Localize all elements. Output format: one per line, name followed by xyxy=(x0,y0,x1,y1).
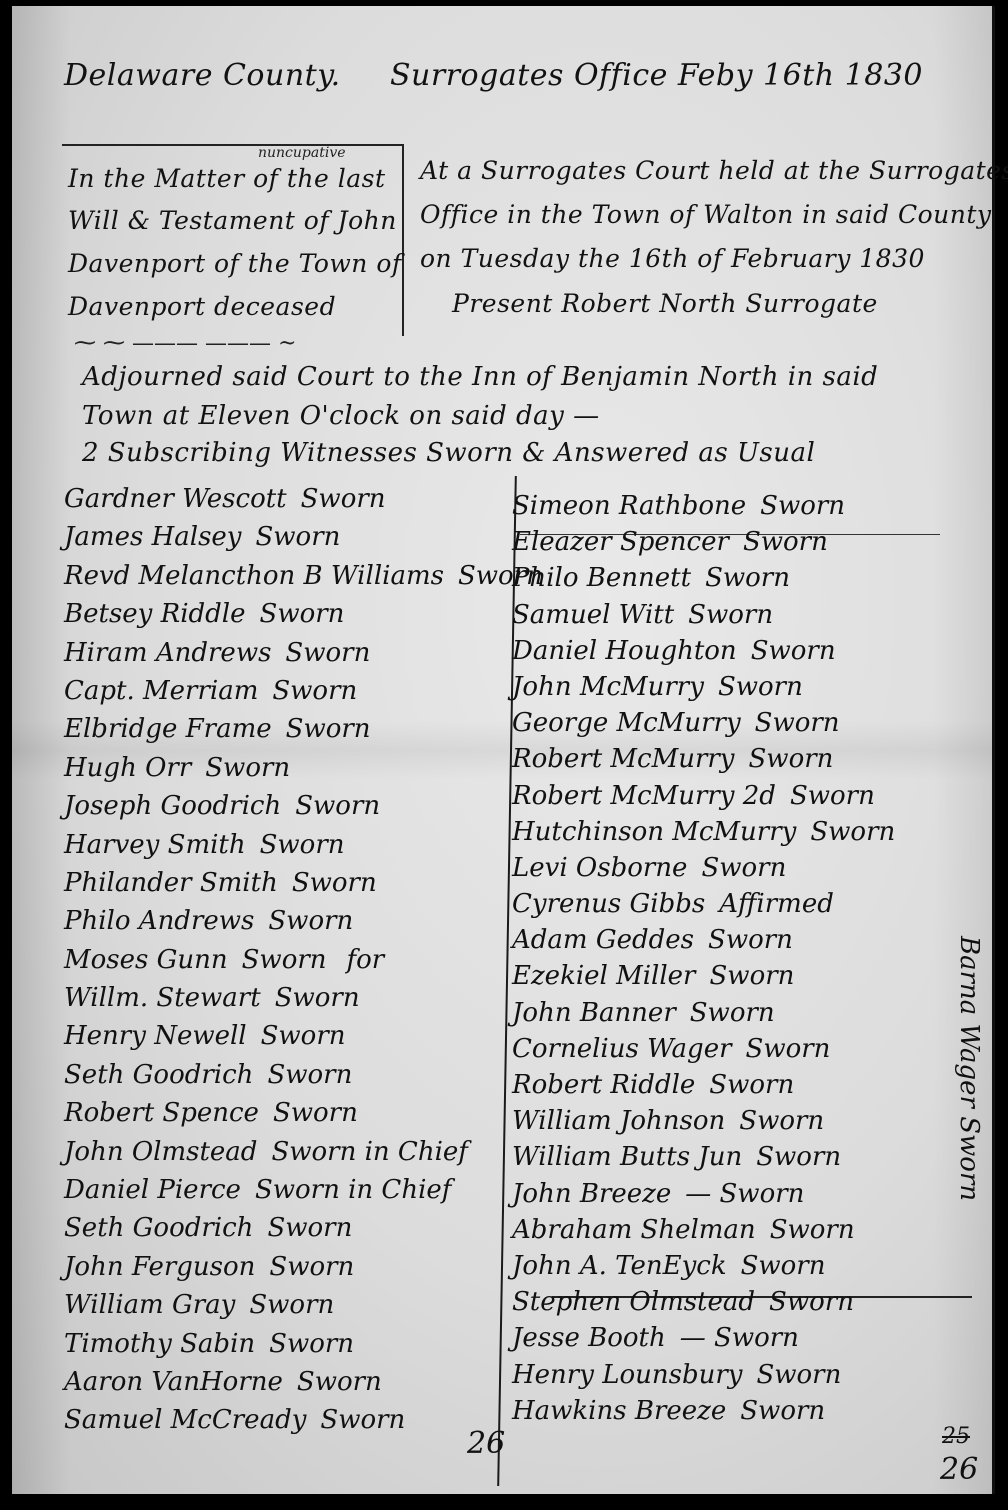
court-line: Present Robert North Surrogate xyxy=(452,289,878,318)
witness-entry: John McMurrySworn xyxy=(512,672,942,708)
witness-entry: James HalseySworn xyxy=(64,522,504,560)
witness-status: Sworn xyxy=(269,1252,354,1282)
witness-status: Sworn xyxy=(269,1329,354,1359)
witness-status: Sworn xyxy=(688,600,773,630)
witness-name: Henry Lounsbury xyxy=(512,1360,742,1390)
witness-entry: Capt. MerriamSworn xyxy=(64,676,504,714)
witness-name: William Johnson xyxy=(512,1106,725,1136)
witness-status: Sworn xyxy=(267,1213,352,1243)
witness-status: Sworn xyxy=(709,1070,794,1100)
witness-entry: Philo AndrewsSworn xyxy=(64,906,504,944)
witness-name: Adam Geddes xyxy=(512,925,694,955)
witness-name: Robert McMurry 2d xyxy=(512,781,776,811)
witness-name: Timothy Sabin xyxy=(64,1329,255,1359)
witness-name: Henry Newell xyxy=(64,1021,247,1051)
witness-name: Levi Osborne xyxy=(512,853,687,883)
witness-status: Sworn xyxy=(770,1215,855,1245)
witness-entry: Betsey RiddleSworn xyxy=(64,599,504,637)
witness-status: — Sworn xyxy=(680,1323,799,1353)
witness-status: Sworn xyxy=(751,636,836,666)
witness-name: John A. TenEyck xyxy=(512,1251,727,1281)
witness-name: Abraham Shelman xyxy=(512,1215,756,1245)
witness-entry: Philander SmithSworn xyxy=(64,868,504,906)
witness-entry: Simeon RathboneSworn xyxy=(512,491,942,527)
witness-name: Hutchinson McMurry xyxy=(512,817,796,847)
witness-name: Daniel Pierce xyxy=(64,1175,241,1205)
witness-name: Philo Bennett xyxy=(512,563,691,593)
witness-name: John Ferguson xyxy=(64,1252,255,1282)
witness-entry: Abraham ShelmanSworn xyxy=(512,1215,942,1251)
witness-status: Sworn xyxy=(285,638,370,668)
witness-status: Sworn xyxy=(275,983,360,1013)
witness-name: Jesse Booth xyxy=(512,1323,666,1353)
witness-status: Sworn xyxy=(746,1034,831,1064)
witness-name: Betsey Riddle xyxy=(64,599,246,629)
witness-status: Sworn xyxy=(260,830,345,860)
witness-name: Aaron VanHorne xyxy=(64,1367,283,1397)
witness-list-right: Simeon RathboneSworn Eleazer SpencerSwor… xyxy=(512,491,942,1432)
witness-name: John McMurry xyxy=(512,672,704,702)
witness-entry: Moses GunnSwornfor xyxy=(64,945,504,983)
witness-entry: Daniel HoughtonSworn xyxy=(512,636,942,672)
witness-status: Sworn xyxy=(755,708,840,738)
witness-entry: John OlmsteadSworn in Chief xyxy=(64,1137,504,1175)
manuscript-page: Delaware County. Surrogates Office Feby … xyxy=(12,6,995,1494)
witness-status: Affirmed xyxy=(719,889,834,919)
witness-status: Sworn xyxy=(286,714,371,744)
court-line: At a Surrogates Court held at the Surrog… xyxy=(420,156,1008,185)
witness-status: Sworn xyxy=(295,791,380,821)
witness-name: Philo Andrews xyxy=(64,906,254,936)
witness-entry: Robert McMurry 2dSworn xyxy=(512,781,942,817)
witness-entry: John Breeze— Sworn xyxy=(512,1179,942,1215)
witness-entry: Willm. StewartSworn xyxy=(64,983,504,1021)
witness-status: — Sworn xyxy=(685,1179,804,1209)
witness-name: Stephen Olmstead xyxy=(512,1287,755,1317)
witness-name: Robert McMurry xyxy=(512,744,735,774)
witness-name: Ezekiel Miller xyxy=(512,961,696,991)
witness-entry: Hiram AndrewsSworn xyxy=(64,638,504,676)
witness-name: Daniel Houghton xyxy=(512,636,737,666)
witness-entry: Robert SpenceSworn xyxy=(64,1098,504,1136)
witness-list-left: Gardner WescottSworn James HalseySworn R… xyxy=(64,484,504,1444)
witness-entry: John A. TenEyckSworn xyxy=(512,1251,942,1287)
witness-entry: William Butts JunSworn xyxy=(512,1142,942,1178)
proceedings-line: Town at Eleven O'clock on said day — xyxy=(82,401,600,431)
witness-entry: Adam GeddesSworn xyxy=(512,925,942,961)
witness-entry: Harvey SmithSworn xyxy=(64,830,504,868)
witness-status: Sworn xyxy=(690,998,775,1028)
witness-name: George McMurry xyxy=(512,708,741,738)
witness-entry: Levi OsborneSworn xyxy=(512,853,942,889)
county-heading: Delaware County. xyxy=(64,58,341,93)
witness-entry: Seth GoodrichSworn xyxy=(64,1213,504,1251)
office-date-heading: Surrogates Office Feby 16th 1830 xyxy=(390,58,923,93)
witness-status: Sworn xyxy=(705,563,790,593)
witness-status: Sworn xyxy=(320,1405,405,1435)
witness-status: Sworn xyxy=(743,527,828,557)
matter-line: Davenport of the Town of xyxy=(68,249,402,278)
witness-name: Cyrenus Gibbs xyxy=(512,889,705,919)
witness-status: Sworn xyxy=(255,522,340,552)
witness-entry: Henry NewellSworn xyxy=(64,1021,504,1059)
witness-entry: Robert RiddleSworn xyxy=(512,1070,942,1106)
witness-status: Sworn in Chief xyxy=(271,1137,467,1167)
witness-name: William Butts Jun xyxy=(512,1142,742,1172)
witness-entry: Hugh OrrSworn xyxy=(64,753,504,791)
witness-name: Eleazer Spencer xyxy=(512,527,729,557)
witness-entry: Robert McMurrySworn xyxy=(512,744,942,780)
witness-status: Sworn xyxy=(242,945,327,975)
matter-line: Will & Testament of John xyxy=(68,206,397,235)
matter-line: Davenport deceased xyxy=(68,292,336,321)
witness-entry: Eleazer SpencerSworn xyxy=(512,527,942,563)
witness-status: Sworn xyxy=(273,1098,358,1128)
witness-name: Moses Gunn xyxy=(64,945,228,975)
flourish-mark: ⁓ ⁓ ——— ——— ~ xyxy=(74,331,296,356)
witness-entry: Joseph GoodrichSworn xyxy=(64,791,504,829)
witness-status: Sworn xyxy=(739,1106,824,1136)
witness-status: Sworn xyxy=(292,868,377,898)
proceedings-line: 2 Subscribing Witnesses Sworn & Answered… xyxy=(82,438,815,468)
witness-name: Robert Riddle xyxy=(512,1070,695,1100)
witness-status: Sworn xyxy=(749,744,834,774)
witness-name: James Halsey xyxy=(64,522,241,552)
witness-status: Sworn xyxy=(760,491,845,521)
witness-status: Sworn xyxy=(790,781,875,811)
witness-status: Sworn xyxy=(268,906,353,936)
witness-entry: Gardner WescottSworn xyxy=(64,484,504,522)
court-line: Office in the Town of Walton in said Cou… xyxy=(420,200,992,229)
matter-line: In the Matter of the last xyxy=(68,164,386,193)
witness-name: Simeon Rathbone xyxy=(512,491,746,521)
witness-name: Gardner Wescott xyxy=(64,484,287,514)
witness-status: Sworn xyxy=(740,1396,825,1426)
witness-name: Joseph Goodrich xyxy=(64,791,281,821)
left-column-total: 26 xyxy=(467,1426,505,1461)
witness-entry: Philo BennettSworn xyxy=(512,563,942,599)
witness-entry: Jesse Booth— Sworn xyxy=(512,1323,942,1359)
witness-name: Revd Melancthon B Williams xyxy=(64,561,444,591)
witness-entry: Hawkins BreezeSworn xyxy=(512,1396,942,1432)
witness-status: Sworn xyxy=(710,961,795,991)
witness-name: Philander Smith xyxy=(64,868,278,898)
witness-entry: Samuel WittSworn xyxy=(512,600,942,636)
witness-entry: Revd Melancthon B WilliamsSworn xyxy=(64,561,504,599)
witness-entry: William GraySworn xyxy=(64,1290,504,1328)
witness-entry: Elbridge FrameSworn xyxy=(64,714,504,752)
witness-status: Sworn xyxy=(272,676,357,706)
witness-entry: Cornelius WagerSworn xyxy=(512,1034,942,1070)
witness-name: Seth Goodrich xyxy=(64,1060,253,1090)
witness-name: John Olmstead xyxy=(64,1137,257,1167)
witness-status: Sworn xyxy=(741,1251,826,1281)
witness-name: Samuel Witt xyxy=(512,600,674,630)
witness-status: Sworn xyxy=(205,753,290,783)
witness-name: Elbridge Frame xyxy=(64,714,272,744)
witness-name: John Banner xyxy=(512,998,676,1028)
proceedings-line: Adjourned said Court to the Inn of Benja… xyxy=(82,362,878,392)
witness-entry: George McMurrySworn xyxy=(512,708,942,744)
witness-name: Harvey Smith xyxy=(64,830,246,860)
witness-entry: John FergusonSworn xyxy=(64,1252,504,1290)
witness-name: Willm. Stewart xyxy=(64,983,261,1013)
margin-note: Barna Wager Sworn xyxy=(954,936,984,1201)
witness-note: for xyxy=(347,945,385,975)
witness-status: Sworn xyxy=(769,1287,854,1317)
witness-status: Sworn xyxy=(297,1367,382,1397)
witness-entry: Seth GoodrichSworn xyxy=(64,1060,504,1098)
witness-status: Sworn xyxy=(756,1360,841,1390)
witness-entry: Aaron VanHorneSworn xyxy=(64,1367,504,1405)
witness-entry: Hutchinson McMurrySworn xyxy=(512,817,942,853)
right-column-total: 26 xyxy=(940,1452,978,1487)
witness-entry: William JohnsonSworn xyxy=(512,1106,942,1142)
witness-status: Sworn xyxy=(701,853,786,883)
witness-name: John Breeze xyxy=(512,1179,671,1209)
witness-status: Sworn in Chief xyxy=(255,1175,451,1205)
witness-name: Hawkins Breeze xyxy=(512,1396,726,1426)
court-line: on Tuesday the 16th of February 1830 xyxy=(420,244,925,273)
witness-entry: Henry LounsburySworn xyxy=(512,1360,942,1396)
witness-name: Hugh Orr xyxy=(64,753,191,783)
witness-name: Capt. Merriam xyxy=(64,676,258,706)
witness-name: William Gray xyxy=(64,1290,235,1320)
witness-status: Sworn xyxy=(756,1142,841,1172)
witness-entry: Samuel McCreadySworn xyxy=(64,1405,504,1443)
witness-entry: Stephen OlmsteadSworn xyxy=(512,1287,942,1323)
struck-total: 25 xyxy=(942,1424,970,1449)
witness-name: Robert Spence xyxy=(64,1098,259,1128)
witness-status: Sworn xyxy=(708,925,793,955)
witness-status: Sworn xyxy=(810,817,895,847)
witness-name: Hiram Andrews xyxy=(64,638,271,668)
witness-name: Samuel McCready xyxy=(64,1405,306,1435)
witness-status: Sworn xyxy=(301,484,386,514)
witness-name: Cornelius Wager xyxy=(512,1034,732,1064)
witness-entry: Ezekiel MillerSworn xyxy=(512,961,942,997)
interlineation: nuncupative xyxy=(258,145,346,161)
witness-entry: John BannerSworn xyxy=(512,998,942,1034)
witness-entry: Daniel PierceSworn in Chief xyxy=(64,1175,504,1213)
witness-status: Sworn xyxy=(261,1021,346,1051)
witness-status: Sworn xyxy=(718,672,803,702)
witness-name: Seth Goodrich xyxy=(64,1213,253,1243)
witness-status: Sworn xyxy=(267,1060,352,1090)
witness-status: Sworn xyxy=(249,1290,334,1320)
witness-status: Sworn xyxy=(260,599,345,629)
witness-entry: Cyrenus GibbsAffirmed xyxy=(512,889,942,925)
witness-entry: Timothy SabinSworn xyxy=(64,1329,504,1367)
